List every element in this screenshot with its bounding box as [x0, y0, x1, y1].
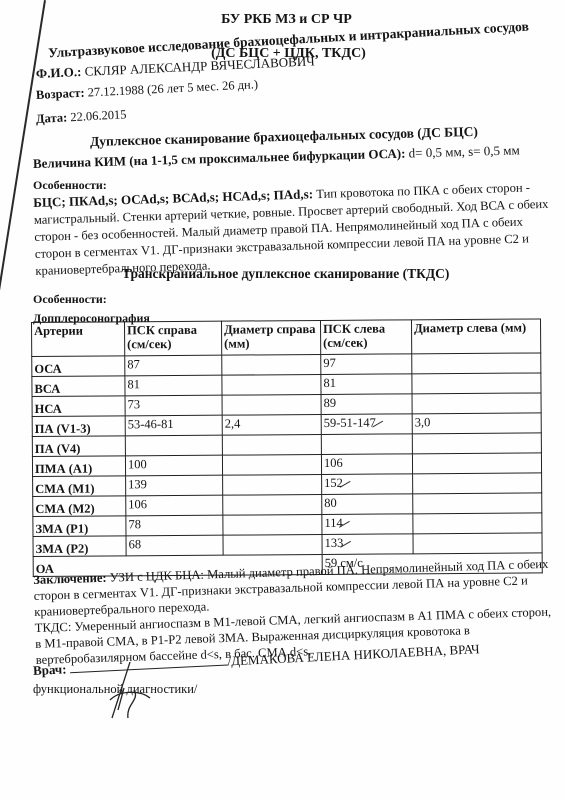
artery-cell: ВСА [32, 376, 125, 397]
artery-cell: ОСА [32, 356, 125, 377]
diam-right-cell [223, 494, 322, 515]
diam-left-cell [413, 473, 542, 494]
psk-right-cell: 87 [125, 355, 222, 376]
artery-cell: СМА (М2) [33, 496, 126, 517]
handwritten-check-icon [339, 520, 350, 527]
psk-left-cell: 152 [322, 474, 413, 495]
patient-age-label: Возраст: [36, 86, 85, 102]
section-title-tkds: Транскраниальное дуплексное сканирование… [122, 266, 449, 282]
psk-right-cell: 139 [126, 475, 223, 496]
kim-label: Величина КИМ (на 1-1,5 см проксимальнее … [33, 146, 406, 171]
psk-left-cell: 133 [322, 534, 413, 555]
artery-cell: ЗМА (Р1) [33, 516, 126, 537]
psk-left-cell: 114 [322, 514, 413, 535]
psk-right-cell: 100 [125, 455, 222, 476]
table-header-row: Артерии ПСК справа (см/сек) Диаметр спра… [32, 319, 541, 357]
psk-left-cell: 81 [321, 374, 412, 395]
diam-right-cell [222, 354, 321, 375]
diam-left-cell [412, 373, 541, 394]
psk-left-cell: 80 [322, 494, 413, 515]
doppler-table: Артерии ПСК справа (см/сек) Диаметр спра… [31, 318, 543, 577]
diam-right-cell [222, 454, 321, 475]
handwritten-check-icon [339, 480, 350, 487]
psk-left-cell: 106 [321, 454, 412, 475]
diam-right-cell [223, 534, 322, 555]
artery-cell: СМА (М1) [33, 476, 126, 497]
psk-right-cell: 81 [125, 375, 222, 396]
psk-left-cell: 59-51-147 [321, 414, 412, 435]
artery-cell: ЗМА (Р2) [33, 536, 126, 557]
conclusion-label: Заключение: [33, 571, 107, 587]
features-label-tkds: Особенности: [33, 292, 107, 307]
exam-date-label: Дата: [36, 110, 68, 126]
diam-left-cell [412, 353, 541, 374]
artery-cell: ПА (V4) [32, 436, 125, 457]
handwritten-check-icon [372, 420, 383, 427]
header-psk-right: ПСК справа (см/сек) [125, 321, 222, 356]
psk-right-cell: 106 [126, 495, 223, 516]
header-diam-left: Диаметр слева (мм) [411, 319, 540, 354]
artery-cell: НСА [32, 396, 125, 417]
psk-right-cell: 78 [126, 515, 223, 536]
patient-age-value: 27.12.1988 (26 лет 5 мес. 26 дн.) [87, 77, 258, 99]
psk-left-cell [321, 434, 412, 455]
diam-left-cell [413, 493, 542, 514]
header-psk-left: ПСК слева (см/сек) [320, 320, 411, 355]
header-artery: Артерии [32, 322, 125, 357]
document-page: БУ РКБ МЗ и СР ЧР Ультразвуковое исследо… [0, 0, 565, 800]
diam-right-cell [222, 394, 321, 415]
doctor-label: Врач: [33, 661, 67, 678]
exam-date-value: 22.06.2015 [70, 107, 127, 124]
patient-name-label: Ф.И.О.: [36, 64, 82, 81]
psk-right-cell: 53-46-81 [125, 415, 222, 436]
diam-left-cell [413, 513, 542, 534]
handwritten-signature-icon [100, 660, 160, 720]
diam-left-cell [412, 453, 541, 474]
diam-left-cell [413, 533, 542, 554]
psk-right-cell: 68 [126, 535, 223, 556]
psk-right-cell [125, 435, 222, 456]
artery-cell: ПМА (А1) [32, 456, 125, 477]
diam-right-cell [223, 514, 322, 535]
artery-cell: ПА (V1-3) [32, 416, 125, 437]
psk-left-cell: 89 [321, 394, 412, 415]
features-label-bcs: Особенности: [33, 178, 107, 193]
diam-left-cell [412, 393, 541, 414]
diam-right-cell [222, 374, 321, 395]
header-diam-right: Диаметр справа (мм) [221, 320, 320, 355]
bcs-findings: БЦС; ПКАd,s; ОСАd,s; ВСАd,s; НСАd,s; ПАd… [33, 178, 555, 280]
handwritten-check-icon [340, 540, 351, 547]
psk-right-cell: 73 [125, 395, 222, 416]
diam-right-cell: 2,4 [222, 414, 321, 435]
patient-age: Возраст: 27.12.1988 (26 лет 5 мес. 26 дн… [36, 77, 259, 103]
diam-left-cell [412, 433, 541, 454]
diam-right-cell [222, 434, 321, 455]
diam-right-cell [223, 474, 322, 495]
kim-value: d= 0,5 мм, s= 0,5 мм [408, 142, 520, 160]
exam-date: Дата: 22.06.2015 [36, 107, 127, 127]
diam-left-cell: 3,0 [412, 413, 541, 434]
psk-left-cell: 97 [321, 354, 412, 375]
